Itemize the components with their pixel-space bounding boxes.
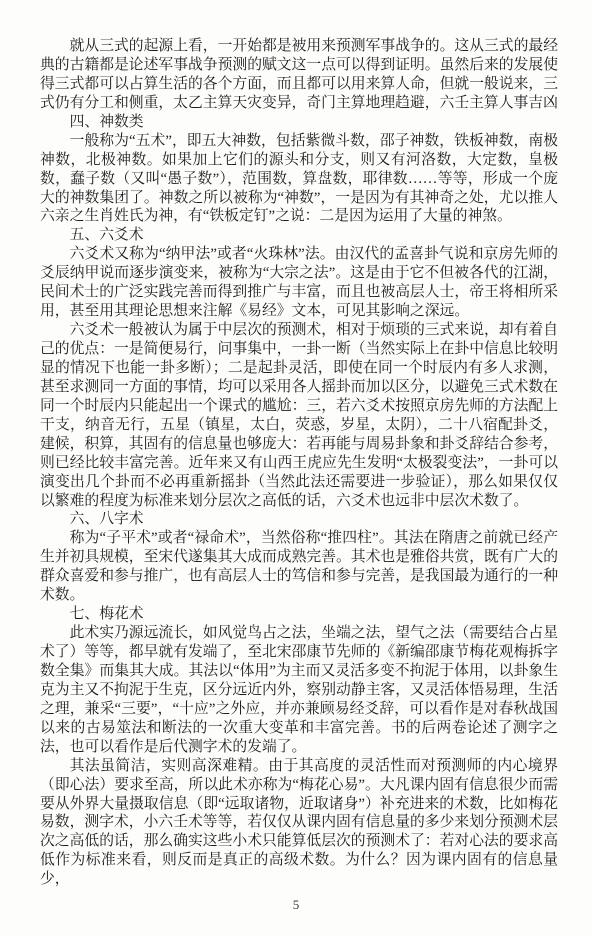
section-heading: 六、八字术 bbox=[40, 510, 558, 529]
book-page: 就从三式的起源上看，一开始都是被用来预测军事战争的。这从三式的最经典的古籍都是论… bbox=[0, 0, 592, 935]
body-paragraph: 此术实乃源远流长，如风觉鸟占之法，坐端之法，望气之法（需要结合占星术了）等等，都… bbox=[40, 624, 558, 757]
body-paragraph: 其法虽简洁，实则高深难精。由于其高度的灵活性而对预测师的内心境界（即心法）要求至… bbox=[40, 757, 558, 890]
body-paragraph: 称为“子平术”或者“禄命术”，当然俗称“推四柱”。其法在隋唐之前就已经产生并初具… bbox=[40, 529, 558, 605]
page-number: 5 bbox=[0, 897, 592, 913]
body-paragraph: 六爻术又称为“纳甲法”或者“火珠林”法。由汉代的孟喜卦气说和京房先师的爻辰纳甲说… bbox=[40, 245, 558, 321]
body-paragraph: 一般称为“五术”，即五大神数，包括紫微斗数，邵子神数，铁板神数，南极神数，北极神… bbox=[40, 132, 558, 227]
body-paragraph: 就从三式的起源上看，一开始都是被用来预测军事战争的。这从三式的最经典的古籍都是论… bbox=[40, 37, 558, 113]
body-paragraph: 六爻术一般被认为属于中层次的预测术，相对于烦琐的三式来说，却有着自己的优点：一是… bbox=[40, 321, 558, 510]
section-heading: 七、梅花术 bbox=[40, 605, 558, 624]
section-heading: 四、神数类 bbox=[40, 113, 558, 132]
page-body: 就从三式的起源上看，一开始都是被用来预测军事战争的。这从三式的最经典的古籍都是论… bbox=[40, 37, 558, 889]
section-heading: 五、六爻术 bbox=[40, 226, 558, 245]
